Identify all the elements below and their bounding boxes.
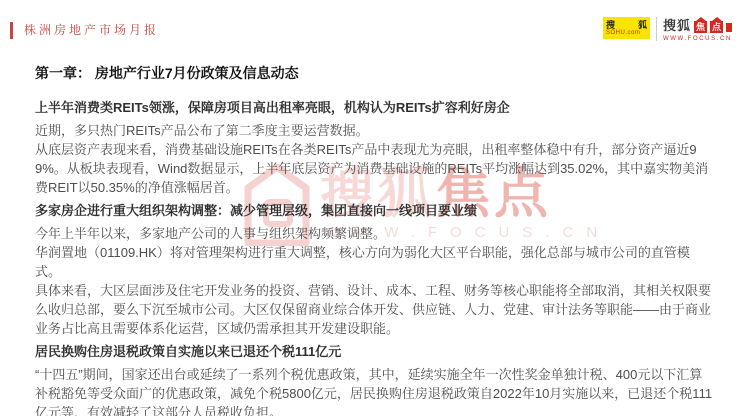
section-heading: 居民换购住房退税政策自实施以来已退还个税111亿元 [35,344,713,360]
logo-divider [656,17,657,41]
sohu-logo-char-1: 搜 [606,20,615,30]
focus-logo-house-tile-1: 焦 [694,21,707,33]
sohu-focus-logo: 搜狐 焦 点 WWW.FOCUS.CN [663,17,732,42]
focus-logo-url: WWW.FOCUS.CN [663,36,732,42]
section-paragraph: 今年上半年以来，多家地产公司的人事与组织架构频繁调整。 [35,224,713,243]
section-paragraph: 近期，多只热门REITs产品公布了第二季度主要运营数据。 [35,121,713,140]
section-paragraph: “十四五”期间，国家还出台或延续了一系列个税优惠政策，其中，延续实施全年一次性奖… [35,365,713,416]
focus-logo-seal [726,23,732,32]
sohu-logo-char-2: 狐 [638,20,647,30]
news-section-reorganization: 多家房企进行重大组织架构调整：减少管理层级，集团直接向一线项目要业绩 今年上半年… [35,203,713,338]
brand-logos: 搜 狐 SOHU.com 搜狐 焦 点 WWW.FOCUS.CN [603,17,732,42]
section-paragraph: 具体来看，大区层面涉及住宅开发业务的投资、营销、设计、成本、工程、财务等核心职能… [35,281,713,338]
sohu-logo-characters: 搜 狐 [606,20,647,30]
section-heading: 上半年消费类REITs领涨，保障房项目高出租率亮眼，机构认为REITs扩容利好房… [35,100,713,116]
news-section-tax-rebate: 居民换购住房退税政策自实施以来已退还个税111亿元 “十四五”期间，国家还出台或… [35,344,713,416]
section-heading: 多家房企进行重大组织架构调整：减少管理层级，集团直接向一线项目要业绩 [35,203,713,219]
report-title: 株洲房地产市场月报 [24,22,159,39]
section-paragraph: 华润置地（01109.HK）将对管理架构进行重大调整，核心方向为弱化大区平台职能… [35,243,713,281]
focus-logo-house-tile-2: 点 [710,21,723,33]
document-content: 第一章： 房地产行业7月份政策及信息动态 上半年消费类REITs领涨，保障房项目… [35,63,713,416]
sohu-focus-logo-wordmark: 搜狐 焦 点 [663,17,732,33]
report-page: 株洲房地产市场月报 搜 狐 SOHU.com 搜狐 焦 点 WWW.FOCUS.… [0,0,740,416]
chapter-title: 第一章： 房地产行业7月份政策及信息动态 [35,63,713,83]
sohu-logo-url: SOHU.com [606,30,647,37]
title-accent-bar [10,22,13,39]
focus-logo-prefix: 搜狐 [663,18,691,33]
news-section-reits: 上半年消费类REITs领涨，保障房项目高出租率亮眼，机构认为REITs扩容利好房… [35,100,713,197]
sohu-logo: 搜 狐 SOHU.com [603,17,650,39]
report-tag: 株洲房地产市场月报 [10,22,159,39]
section-paragraph: 从底层资产表现来看，消费基础设施REITs在各类REITs产品中表现尤为亮眼，出… [35,140,713,197]
